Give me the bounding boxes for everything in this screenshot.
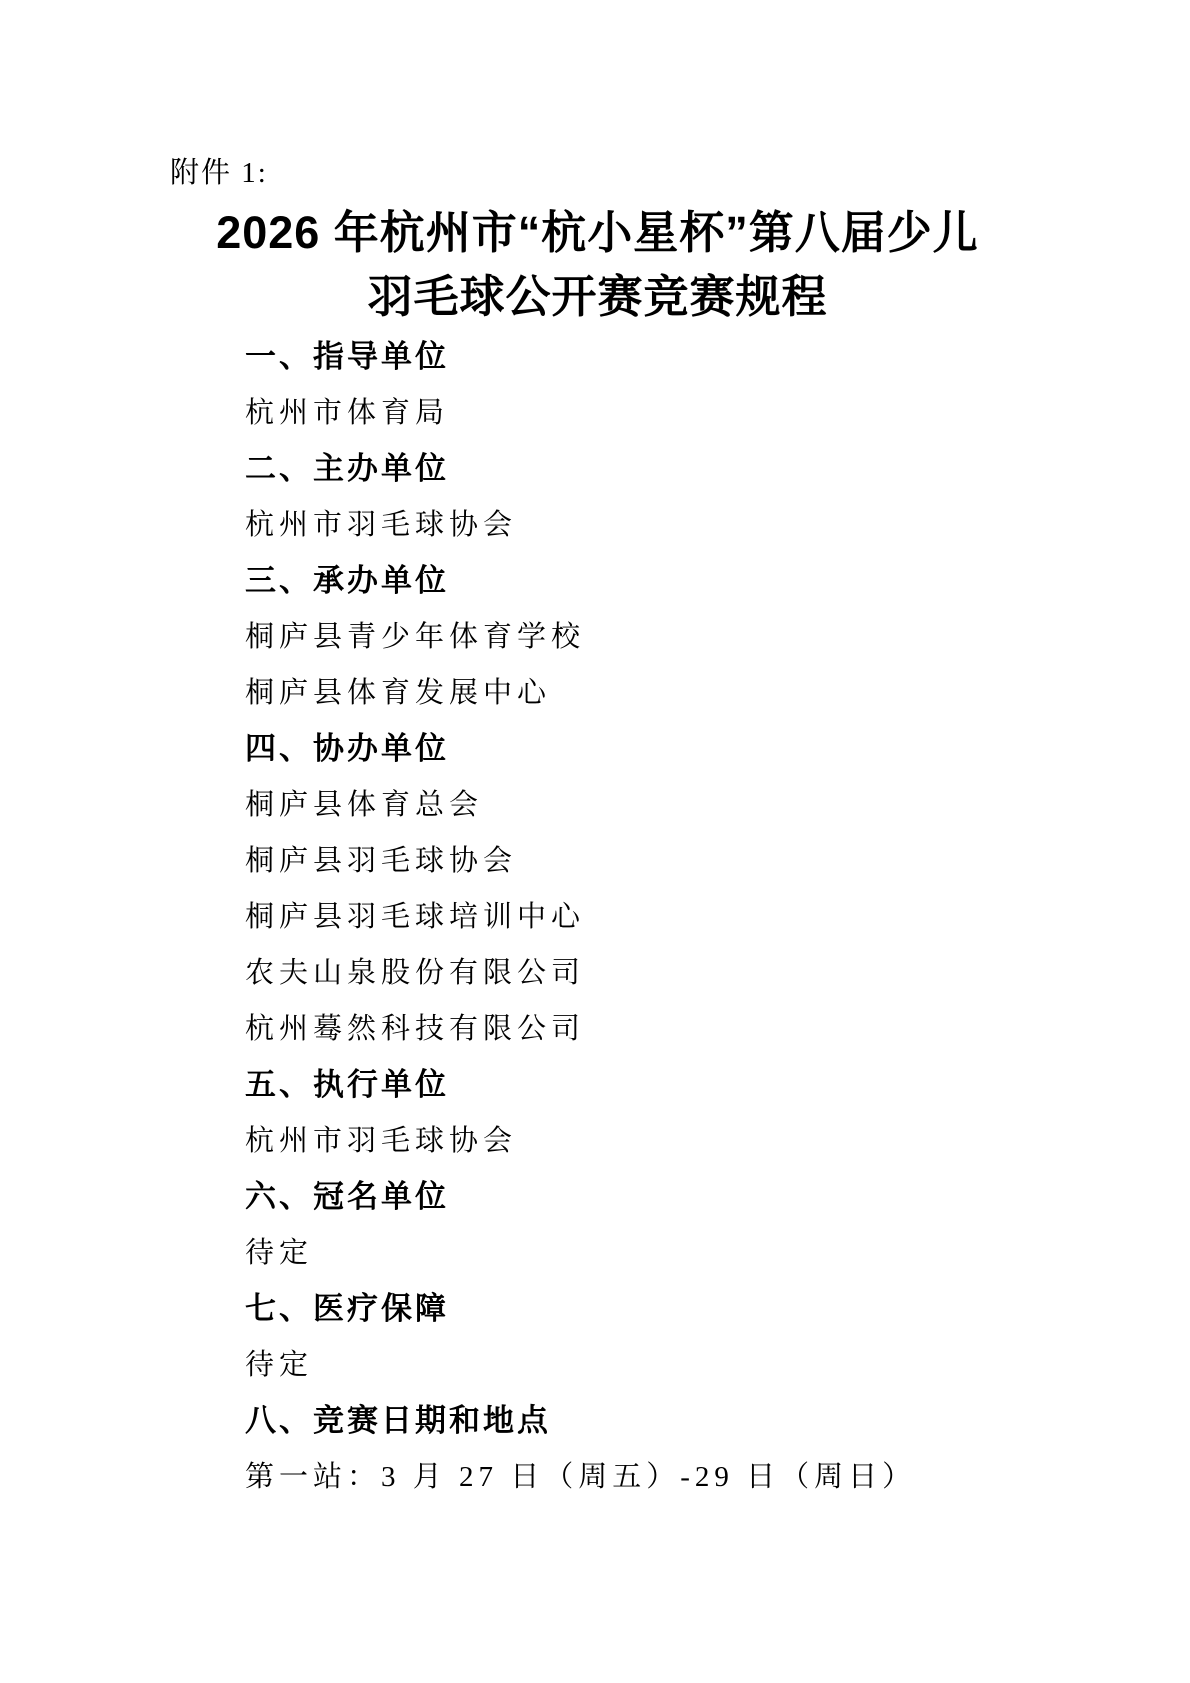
section-item: 桐庐县青少年体育学校 (170, 609, 1025, 665)
section-item: 待定 (170, 1337, 1025, 1393)
document-body: 一、指导单位 杭州市体育局 二、主办单位 杭州市羽毛球协会 三、承办单位 桐庐县… (170, 329, 1025, 1505)
section-heading-date-and-venue: 八、竞赛日期和地点 (170, 1393, 1025, 1449)
section-heading-guiding-unit: 一、指导单位 (170, 329, 1025, 385)
section-heading-co-organizing-unit: 四、协办单位 (170, 721, 1025, 777)
section-item: 农夫山泉股份有限公司 (170, 945, 1025, 1001)
section-item: 第一站：3 月 27 日（周五）-29 日（周日） (170, 1449, 1025, 1505)
document-page: 附件 1: 2026 年杭州市“杭小星杯”第八届少儿 羽毛球公开赛竞赛规程 一、… (0, 0, 1190, 1683)
attachment-label: 附件 1: (170, 145, 1025, 201)
section-heading-executing-unit: 五、执行单位 (170, 1057, 1025, 1113)
section-item: 杭州市羽毛球协会 (170, 1113, 1025, 1169)
section-item: 桐庐县体育总会 (170, 777, 1025, 833)
section-item: 待定 (170, 1225, 1025, 1281)
document-title-line-1: 2026 年杭州市“杭小星杯”第八届少儿 (170, 201, 1025, 265)
section-heading-organizing-unit: 三、承办单位 (170, 553, 1025, 609)
section-item: 桐庐县羽毛球协会 (170, 833, 1025, 889)
section-heading-title-sponsor: 六、冠名单位 (170, 1169, 1025, 1225)
section-item: 杭州蓦然科技有限公司 (170, 1001, 1025, 1057)
section-heading-medical-support: 七、医疗保障 (170, 1281, 1025, 1337)
document-title-line-2: 羽毛球公开赛竞赛规程 (170, 265, 1025, 329)
section-item: 杭州市体育局 (170, 385, 1025, 441)
section-item: 桐庐县体育发展中心 (170, 665, 1025, 721)
section-item: 桐庐县羽毛球培训中心 (170, 889, 1025, 945)
document-title: 2026 年杭州市“杭小星杯”第八届少儿 羽毛球公开赛竞赛规程 (170, 201, 1025, 329)
section-heading-host-unit: 二、主办单位 (170, 441, 1025, 497)
document-content: 附件 1: 2026 年杭州市“杭小星杯”第八届少儿 羽毛球公开赛竞赛规程 一、… (170, 145, 1025, 1505)
section-item: 杭州市羽毛球协会 (170, 497, 1025, 553)
